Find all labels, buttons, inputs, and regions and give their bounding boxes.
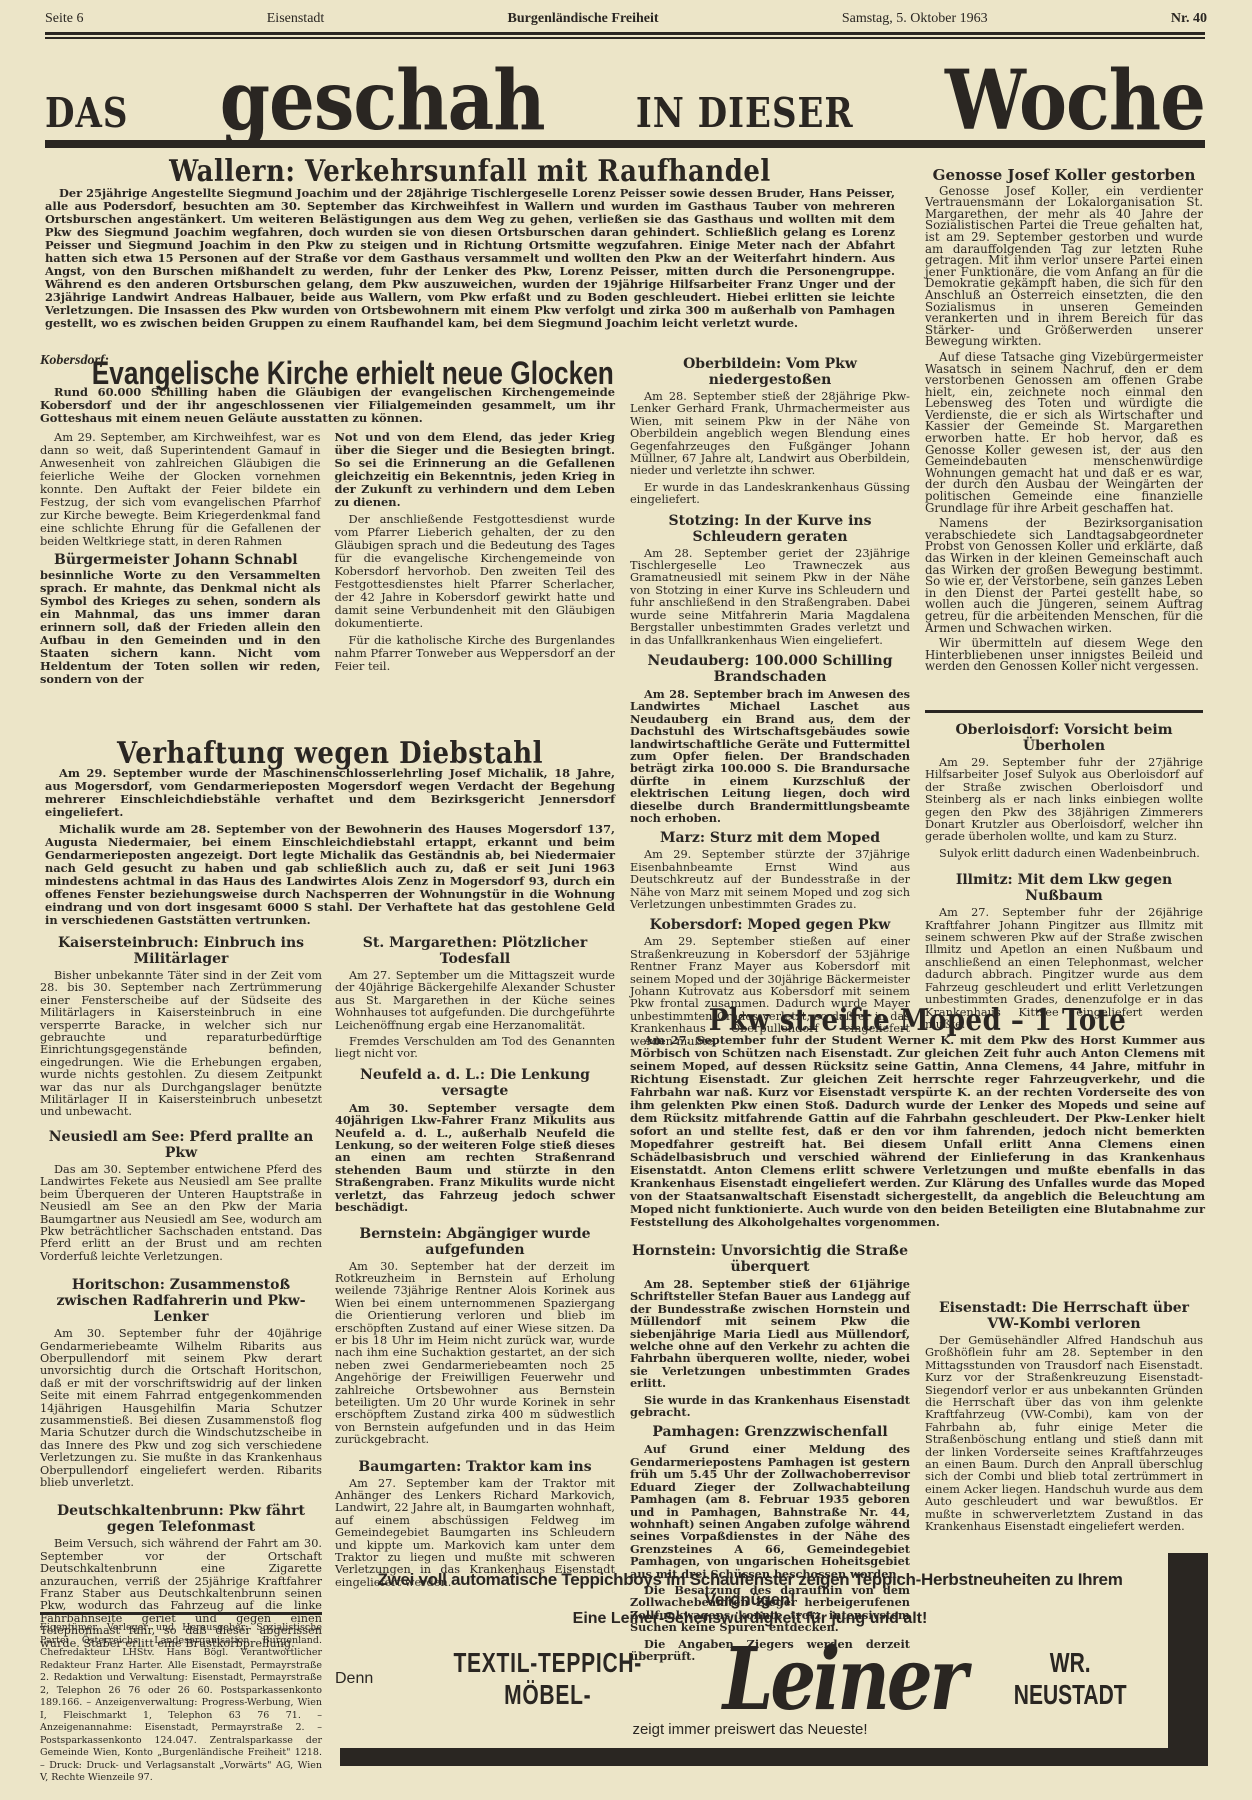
paragraph: Michalik wurde am 28. September von der … bbox=[45, 823, 615, 927]
article-diebstahl: Verhaftung wegen Diebstahl Am 29. Septem… bbox=[45, 748, 615, 931]
article-eisenstadt: Eisenstadt: Die Herrschaft über VW-Kombi… bbox=[925, 1300, 1203, 1538]
ad-category: TEXTIL-TEPPICH-MÖBEL- bbox=[424, 1647, 671, 1711]
newspaper-name: Burgenländische Freiheit bbox=[508, 11, 659, 27]
headline: Baumgarten: Traktor kam ins bbox=[335, 1459, 615, 1475]
paragraph: Er wurde in das Landeskrankenhaus Güssin… bbox=[630, 482, 910, 507]
paragraph: Namens der Bezirksorganisation verabschi… bbox=[925, 518, 1203, 634]
paragraph: Auf diese Tatsache ging Vizebürgermeiste… bbox=[925, 352, 1203, 514]
lead: Rund 60.000 Schilling haben die Gläubige… bbox=[40, 386, 615, 425]
headline: Kobersdorf: Moped gegen Pkw bbox=[630, 917, 910, 933]
header-city: Eisenstadt bbox=[267, 11, 325, 27]
headline: Genosse Josef Koller gestorben bbox=[925, 170, 1203, 182]
paragraph: Am 30. September versagte dem 40jährigen… bbox=[335, 1102, 615, 1214]
paragraph: Der Gemüsehändler Alfred Handschuh aus G… bbox=[925, 1335, 1203, 1534]
paragraph: Fremdes Verschulden am Tod des Genannten… bbox=[335, 1036, 615, 1061]
paragraph: Am 29. September wurde der Maschinenschl… bbox=[45, 767, 615, 819]
headline: Neudauberg: 100.000 Schilling Brandschad… bbox=[630, 653, 910, 685]
ad-denn: Denn bbox=[335, 1670, 373, 1688]
headline: Wallern: Verkehrsunfall mit Raufhandel bbox=[45, 165, 895, 180]
headline: Kaisersteinbruch: Einbruch ins Militärla… bbox=[40, 935, 322, 967]
paragraph: Für die katholische Kirche des Burgenlan… bbox=[335, 634, 616, 673]
paragraph: Am 28. September stieß der 28jährige Pkw… bbox=[630, 391, 910, 478]
paragraph: Das am 30. September entwichene Pferd de… bbox=[40, 1164, 322, 1263]
paragraph: Bisher unbekannte Täter sind in der Zeit… bbox=[40, 970, 322, 1119]
headline: Verhaftung wegen Diebstahl bbox=[45, 747, 615, 762]
ad-border-bottom bbox=[340, 1748, 1208, 1766]
column-right-lower: Oberloisdorf: Vorsicht beim Überholen Am… bbox=[925, 722, 1203, 1035]
paragraph: Sie wurde in das Krankenhaus Eisenstadt … bbox=[630, 1394, 910, 1419]
paragraph: Am 28. September brach im Anwesen des La… bbox=[630, 688, 910, 824]
paragraph: besinnliche Worte zu den Versammelten sp… bbox=[40, 569, 321, 686]
paragraph: Am 27. September fuhr der Student Werner… bbox=[630, 1034, 1205, 1229]
ad-subline: Eine Leiner-Sehenswürdigkeit für jung un… bbox=[335, 1610, 1165, 1628]
column-middle-lower: St. Margarethen: Plötzlicher Todesfall A… bbox=[335, 935, 615, 1593]
headline: Neufeld a. d. L.: Die Lenkung versagte bbox=[335, 1067, 615, 1099]
masthead-word-4: Woche bbox=[945, 63, 1205, 138]
section-masthead: DAS geschah IN DIESER Woche bbox=[45, 48, 1205, 138]
headline: St. Margarethen: Plötzlicher Todesfall bbox=[335, 935, 615, 967]
paragraph: Wir übermitteln auf diesem Wege den Hint… bbox=[925, 638, 1203, 673]
ad-border-right bbox=[1168, 1553, 1208, 1749]
paragraph: Am 30. September fuhr der 40jährige Gend… bbox=[40, 1328, 322, 1489]
headline: Hornstein: Unvorsichtig die Straße überq… bbox=[630, 1243, 910, 1275]
paragraph: Am 29. September stürzte der 37jährige E… bbox=[630, 849, 910, 911]
headline: Bernstein: Abgängiger wurde aufgefunden bbox=[335, 1226, 615, 1258]
paragraph: Der anschließende Festgottesdienst wurde… bbox=[335, 513, 616, 630]
paragraph: Not und von dem Elend, das jeder Krieg ü… bbox=[335, 431, 616, 509]
article-wallern: Wallern: Verkehrsunfall mit Raufhandel D… bbox=[45, 166, 895, 334]
page-number: Seite 6 bbox=[45, 11, 84, 27]
divider bbox=[40, 1612, 322, 1615]
divider bbox=[925, 710, 1203, 713]
masthead-word-3: IN DIESER bbox=[636, 90, 854, 138]
paragraph: Am 29. September fuhr der 27jährige Hilf… bbox=[925, 757, 1203, 844]
paragraph: Am 28. September stieß der 61jährige Sch… bbox=[630, 1278, 910, 1390]
headline: Deutschkaltenbrunn: Pkw fährt gegen Tele… bbox=[40, 1503, 322, 1535]
paragraph: Am 27. September um die Mittagszeit wurd… bbox=[335, 970, 615, 1032]
leiner-logo: Leiner bbox=[723, 1628, 965, 1730]
article-moped-tote: Pkw streifte Moped – 1 Tote Am 27. Septe… bbox=[630, 1015, 1205, 1233]
issue-date: Samstag, 5. Oktober 1963 bbox=[842, 11, 988, 27]
paragraph: Genosse Josef Koller, ein verdienter Ver… bbox=[925, 186, 1203, 348]
headline: Marz: Sturz mit dem Moped bbox=[630, 830, 910, 846]
headline: Oberbildein: Vom Pkw niedergestoßen bbox=[630, 356, 910, 388]
masthead-rule bbox=[45, 140, 1205, 148]
paragraph: Am 28. September geriet der 23jährige Ti… bbox=[630, 548, 910, 647]
ad-headline: Zwei voll automatische Teppichboys im Sc… bbox=[335, 1570, 1165, 1610]
subhead: Bürgermeister Johann Schnabl bbox=[54, 554, 321, 567]
headline: Pkw streifte Moped – 1 Tote bbox=[630, 1014, 1205, 1029]
headline: Illmitz: Mit dem Lkw gegen Nußbaum bbox=[925, 872, 1203, 904]
headline: Neusiedl am See: Pferd prallte an Pkw bbox=[40, 1129, 322, 1161]
column-left-lower: Kaisersteinbruch: Einbruch ins Militärla… bbox=[40, 935, 322, 1654]
headline: Oberloisdorf: Vorsicht beim Überholen bbox=[925, 722, 1203, 754]
headline: Horitschon: Zusammenstoß zwischen Radfah… bbox=[40, 1277, 322, 1325]
paragraph: Am 29. September, am Kirchweihfest, war … bbox=[40, 431, 321, 548]
headline: Eisenstadt: Die Herrschaft über VW-Kombi… bbox=[925, 1300, 1203, 1332]
article-glocken: Kobersdorf: Evangelische Kirche erhielt … bbox=[40, 354, 615, 690]
header-rule bbox=[45, 32, 1205, 39]
masthead-word-2: geschah bbox=[220, 63, 545, 138]
article-body: Der 25jährige Angestellte Siegmund Joach… bbox=[45, 187, 895, 330]
ad-city: WR. NEUSTADT bbox=[998, 1647, 1141, 1711]
headline: Stotzing: In der Kurve ins Schleudern ge… bbox=[630, 513, 910, 545]
masthead-word-1: DAS bbox=[45, 90, 128, 138]
paragraph: Auf Grund einer Meldung des Gendarmeriep… bbox=[630, 1443, 910, 1579]
impressum: Eigentümer, Verleger und Herausgeber: So… bbox=[40, 1622, 322, 1785]
column-middle-right: Oberbildein: Vom Pkw niedergestoßen Am 2… bbox=[630, 356, 910, 1052]
paragraph: Sulyok erlitt dadurch einen Wadenbeinbru… bbox=[925, 848, 1203, 860]
page-header: Seite 6 Eisenstadt Burgenländische Freih… bbox=[45, 8, 1207, 30]
advertisement-leiner: Zwei voll automatische Teppichboys im Sc… bbox=[335, 1570, 1165, 1738]
headline: Pamhagen: Grenzzwischenfall bbox=[630, 1424, 910, 1440]
headline: Evangelische Kirche erhielt neue Glocken bbox=[92, 367, 564, 380]
paragraph: Am 30. September hat der derzeit im Rotk… bbox=[335, 1261, 615, 1447]
issue-number: Nr. 40 bbox=[1171, 11, 1207, 27]
article-koller: Genosse Josef Koller gestorben Genosse J… bbox=[925, 170, 1203, 677]
